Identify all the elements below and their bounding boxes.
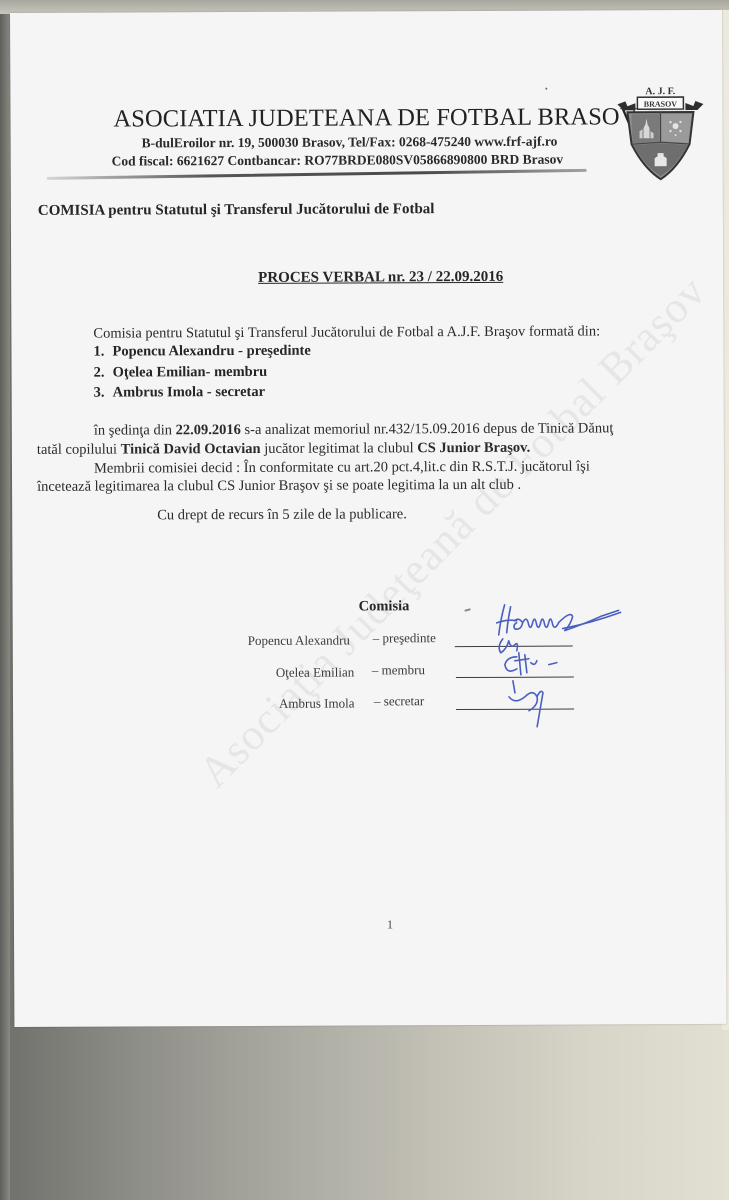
crest-shield-icon: A. J. F. BRASOV [615, 82, 705, 182]
signatory-role: – membru [372, 662, 425, 678]
organization-address: B-dulEroilor nr. 19, 500030 Brasov, Tel/… [142, 134, 558, 152]
member-item: 2.Oţelea Emilian- membru [94, 364, 268, 382]
signature-icon [453, 600, 629, 731]
text-fragment: jucător legitimat la clubul [261, 440, 418, 457]
page-number: 1 [387, 917, 393, 932]
member-number: 3. [94, 385, 113, 402]
appeal-notice: Cu drept de recurs în 5 zile de la publi… [157, 506, 407, 524]
signatory-role: – secretar [374, 693, 424, 709]
member-item: 1.Popencu Alexandru - preşedinte [93, 343, 310, 361]
decision-line: Membrii comisiei decid : În conformitate… [94, 458, 590, 477]
svg-text:BRASOV: BRASOV [644, 100, 678, 109]
signatory-role: – preşedinte [373, 630, 436, 646]
handwritten-signatures [453, 600, 629, 731]
meeting-date: 22.09.2016 [176, 422, 241, 438]
member-number: 1. [93, 344, 112, 361]
organization-fiscal-info: Cod fiscal: 6621627 Contbancar: RO77BRDE… [112, 152, 564, 170]
scanner-background-left [0, 0, 10, 1200]
commission-title: COMISIA pentru Statutul şi Transferul Ju… [38, 201, 435, 220]
signatory-name: Ambrus Imola [279, 696, 355, 712]
decision-paragraph-line: tatăl copilului Tinică David Octavian ju… [37, 440, 530, 459]
club-name: CS Junior Braşov. [417, 440, 530, 456]
signatures-title: Comisia [359, 598, 410, 615]
decision-paragraph-line: în şedinţa din 22.09.2016 s-a analizat m… [94, 420, 614, 439]
member-item: 3.Ambrus Imola - secretar [94, 384, 265, 402]
document-title: PROCES VERBAL nr. 23 / 22.09.2016 [258, 269, 503, 287]
text-fragment: în şedinţa din [94, 422, 176, 438]
document-page: Asociaţia Judeţeană de Fotbal Braşov ASO… [10, 10, 726, 1027]
member-text: Popencu Alexandru - preşedinte [112, 343, 310, 360]
organization-name: ASOCIATIA JUDETEANA DE FOTBAL BRASOV [113, 103, 637, 133]
header-divider [47, 169, 587, 180]
member-number: 2. [94, 365, 113, 382]
signatory-name: Popencu Alexandru [248, 633, 350, 649]
player-name: Tinică David Octavian [121, 441, 261, 458]
text-fragment: s-a analizat memoriul nr.432/15.09.2016 … [241, 420, 614, 438]
svg-text:A. J. F.: A. J. F. [645, 86, 675, 97]
member-text: Oţelea Emilian- membru [113, 364, 268, 381]
ajf-logo: A. J. F. BRASOV [615, 82, 705, 182]
decision-line: încetează legitimarea la clubul CS Junio… [37, 477, 521, 496]
member-text: Ambrus Imola - secretar [113, 384, 265, 401]
text-fragment: tatăl copilului [37, 442, 121, 458]
scan-speck [545, 88, 547, 90]
intro-text: Comisia pentru Statutul şi Transferul Ju… [93, 323, 600, 342]
signatory-name: Oţelea Emilian [276, 665, 354, 681]
watermark: Asociaţia Judeţeană de Fotbal Braşov [146, 222, 727, 840]
